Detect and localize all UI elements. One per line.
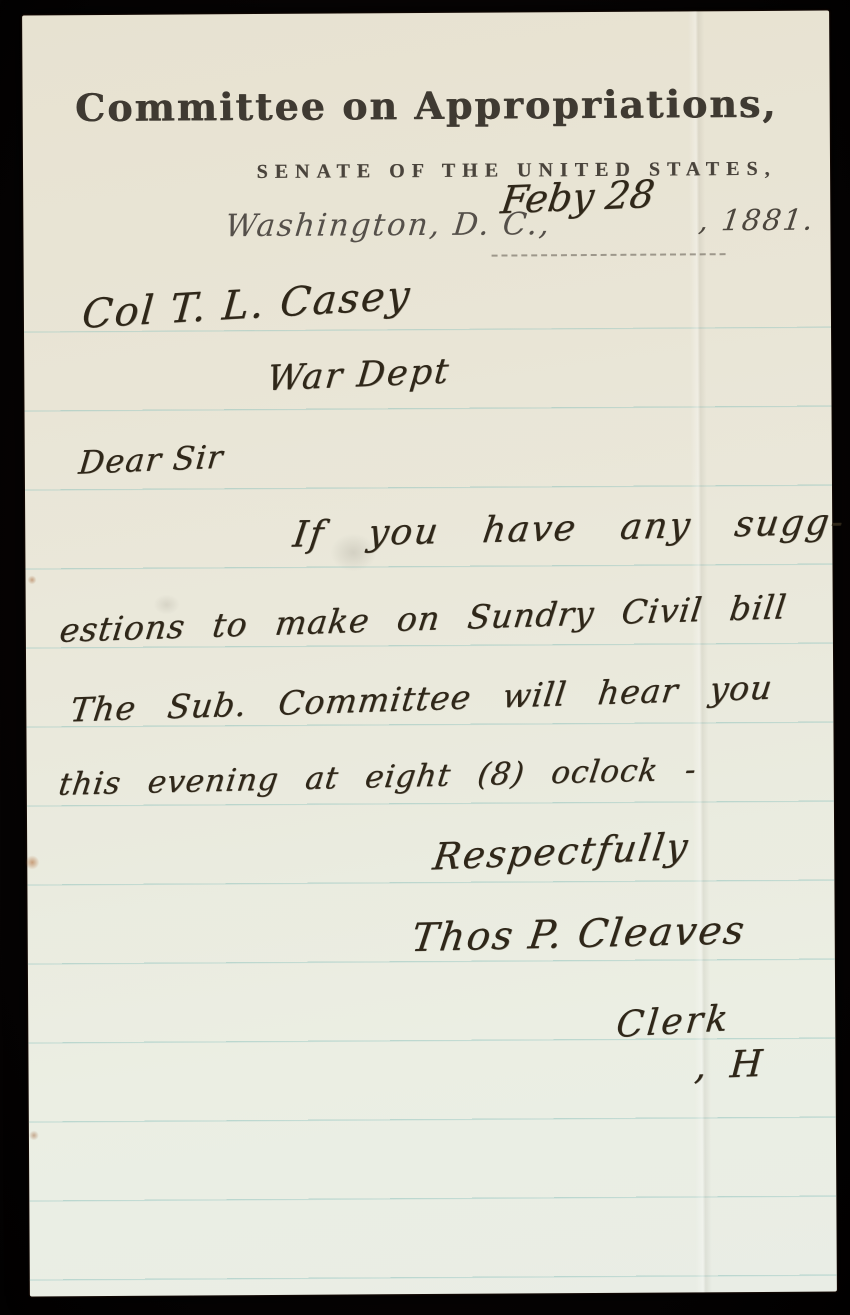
paper-stain <box>25 855 39 869</box>
letter-paper: Committee on Appropriations, SENATE OF T… <box>22 11 837 1297</box>
signer-role: Clerk <box>614 998 732 1046</box>
salutation: Dear Sir <box>77 438 225 482</box>
valediction: Respectfully <box>430 825 692 879</box>
body-line-1: If you have any sugg- <box>291 502 848 556</box>
letterhead-institution: SENATE OF THE UNITED STATES, <box>113 157 850 185</box>
paper-stain <box>29 1130 39 1140</box>
letterhead-organization: Committee on Appropriations, <box>23 81 830 131</box>
date-dashed-line <box>492 253 726 256</box>
recipient-department: War Dept <box>265 352 452 400</box>
photograph-background: { "page": { "kind": "Scanned handwritten… <box>0 0 850 1315</box>
handwritten-date: Feby 28 <box>498 172 657 223</box>
archival-annotation: , H <box>693 1042 769 1088</box>
letterhead-year: , 1881. <box>697 203 817 238</box>
body-line-4: this evening at eight (8) oclock - <box>56 752 699 803</box>
body-line-3: The Sub. Committee will hear you <box>68 668 775 730</box>
recipient-name: Col T. L. Casey <box>80 272 413 338</box>
signature: Thos P. Cleaves <box>409 908 749 961</box>
body-line-2: estions to make on Sundry Civil bill <box>58 587 790 650</box>
paper-stain <box>28 575 37 584</box>
